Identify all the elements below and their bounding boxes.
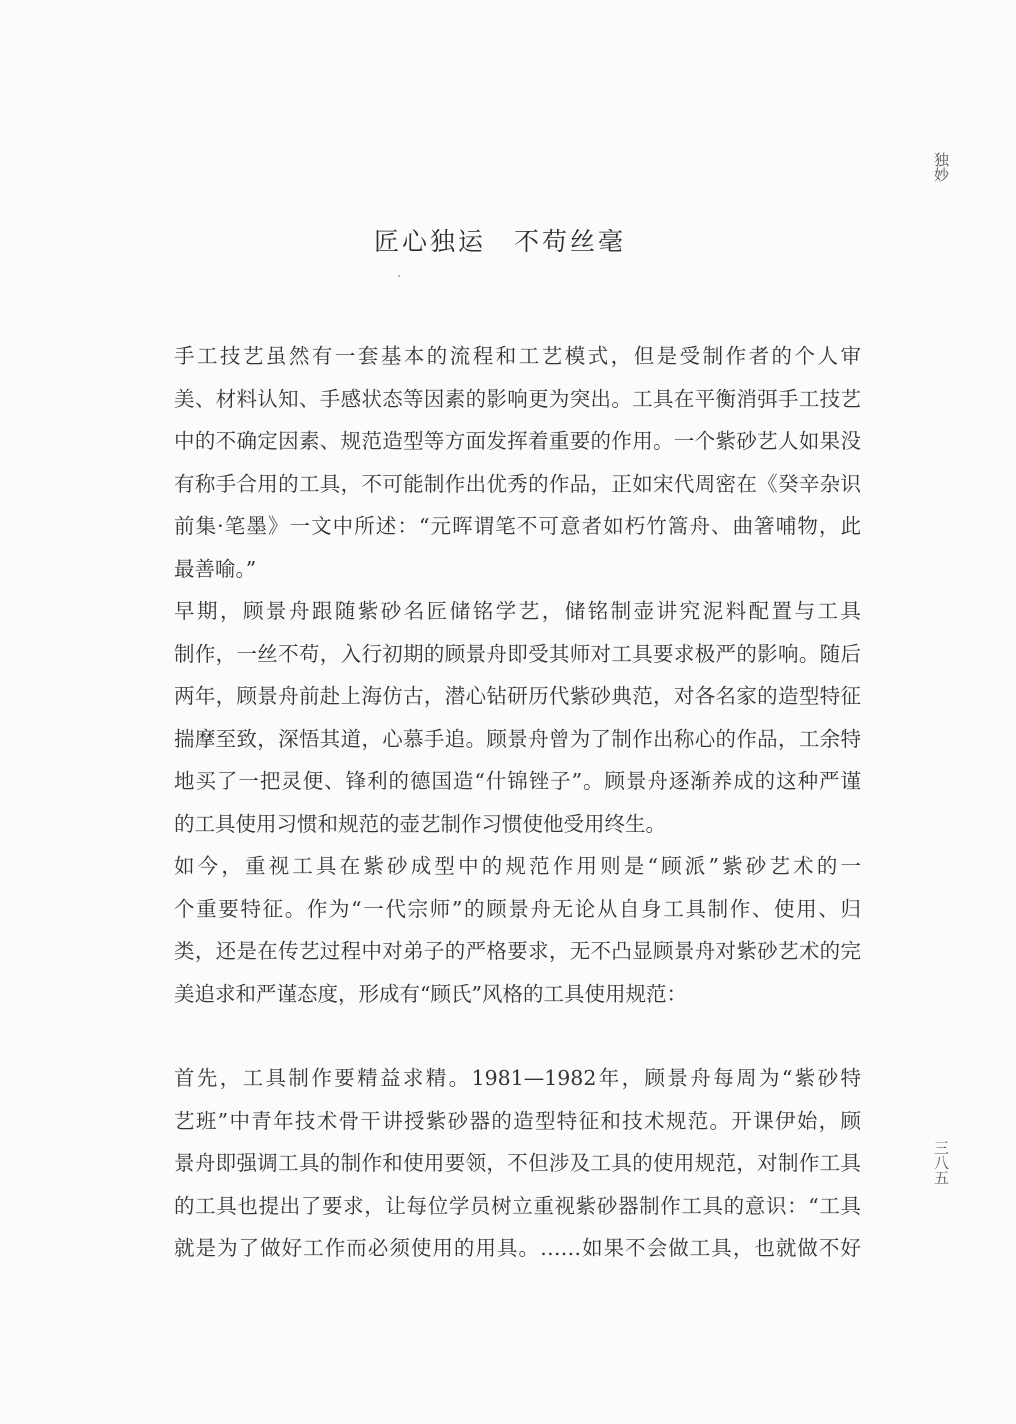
text-line: 艺班”中青年技术骨干讲授紫砂器的造型特征和技术规范。开课伊始，顾 [133, 1100, 861, 1143]
text-line: 首先，工具制作要精益求精。1981—1982年，顾景舟每周为“紫砂特 [133, 1057, 861, 1100]
text-line: 手工技艺虽然有一套基本的流程和工艺模式，但是受制作者的个人审 [133, 335, 861, 378]
text-line: 最善喻。” [133, 548, 861, 591]
text-line: 地买了一把灵便、锋利的德国造“什锦锉子”。顾景舟逐渐养成的这种严谨 [133, 760, 861, 803]
paragraph-1: 手工技艺虽然有一套基本的流程和工艺模式，但是受制作者的个人审 美、材料认知、手感… [133, 335, 861, 590]
text-line: 前集·笔墨》一文中所述：“元晖谓笔不可意者如朽竹篙舟、曲箸哺物，此 [133, 505, 861, 548]
text-line: 景舟即强调工具的制作和使用要领，不但涉及工具的使用规范，对制作工具 [133, 1142, 861, 1185]
page-number: 三八五 [930, 1140, 952, 1185]
text-line: 有称手合用的工具，不可能制作出优秀的作品，正如宋代周密在《癸辛杂识 [133, 463, 861, 506]
text-line: 揣摩至致，深悟其道，心慕手追。顾景舟曾为了制作出称心的作品，工余特 [133, 718, 861, 761]
text-line: 美、材料认知、手感状态等因素的影响更为突出。工具在平衡消弭手工技艺 [133, 378, 861, 421]
running-header: 独妙 [930, 152, 952, 182]
text-line: 早期，顾景舟跟随紫砂名匠储铭学艺，储铭制壶讲究泥料配置与工具 [133, 590, 861, 633]
text-line: 的工具也提出了要求，让每位学员树立重视紫砂器制作工具的意识：“工具 [133, 1185, 861, 1228]
text-line: 就是为了做好工作而必须使用的用具。……如果不会做工具，也就做不好 [133, 1227, 861, 1270]
text-line: 个重要特征。作为“一代宗师”的顾景舟无论从自身工具制作、使用、归 [133, 888, 861, 931]
paragraph-3: 如今，重视工具在紫砂成型中的规范作用则是“顾派”紫砂艺术的一 个重要特征。作为“… [133, 845, 861, 1015]
text-line: 类，还是在传艺过程中对弟子的严格要求，无不凸显顾景舟对紫砂艺术的完 [133, 930, 861, 973]
paragraph-2: 早期，顾景舟跟随紫砂名匠储铭学艺，储铭制壶讲究泥料配置与工具 制作，一丝不苟，入… [133, 590, 861, 845]
body-text: 手工技艺虽然有一套基本的流程和工艺模式，但是受制作者的个人审 美、材料认知、手感… [133, 335, 861, 1270]
text-line: 两年，顾景舟前赴上海仿古，潜心钻研历代紫砂典范，对各名家的造型特征 [133, 675, 861, 718]
text-line: 制作，一丝不苟，入行初期的顾景舟即受其师对工具要求极严的影响。随后 [133, 633, 861, 676]
text-line: 如今，重视工具在紫砂成型中的规范作用则是“顾派”紫砂艺术的一 [133, 845, 861, 888]
paragraph-4: 首先，工具制作要精益求精。1981—1982年，顾景舟每周为“紫砂特 艺班”中青… [133, 1057, 861, 1270]
decorative-dot [398, 275, 400, 277]
section-title: 匠心独运 不苟丝毫 [0, 222, 1000, 258]
text-line: 中的不确定因素、规范造型等方面发挥着重要的作用。一个紫砂艺人如果没 [133, 420, 861, 463]
text-line: 的工具使用习惯和规范的壶艺制作习惯使他受用终生。 [133, 803, 861, 846]
text-line: 美追求和严谨态度，形成有“顾氏”风格的工具使用规范： [133, 973, 861, 1016]
